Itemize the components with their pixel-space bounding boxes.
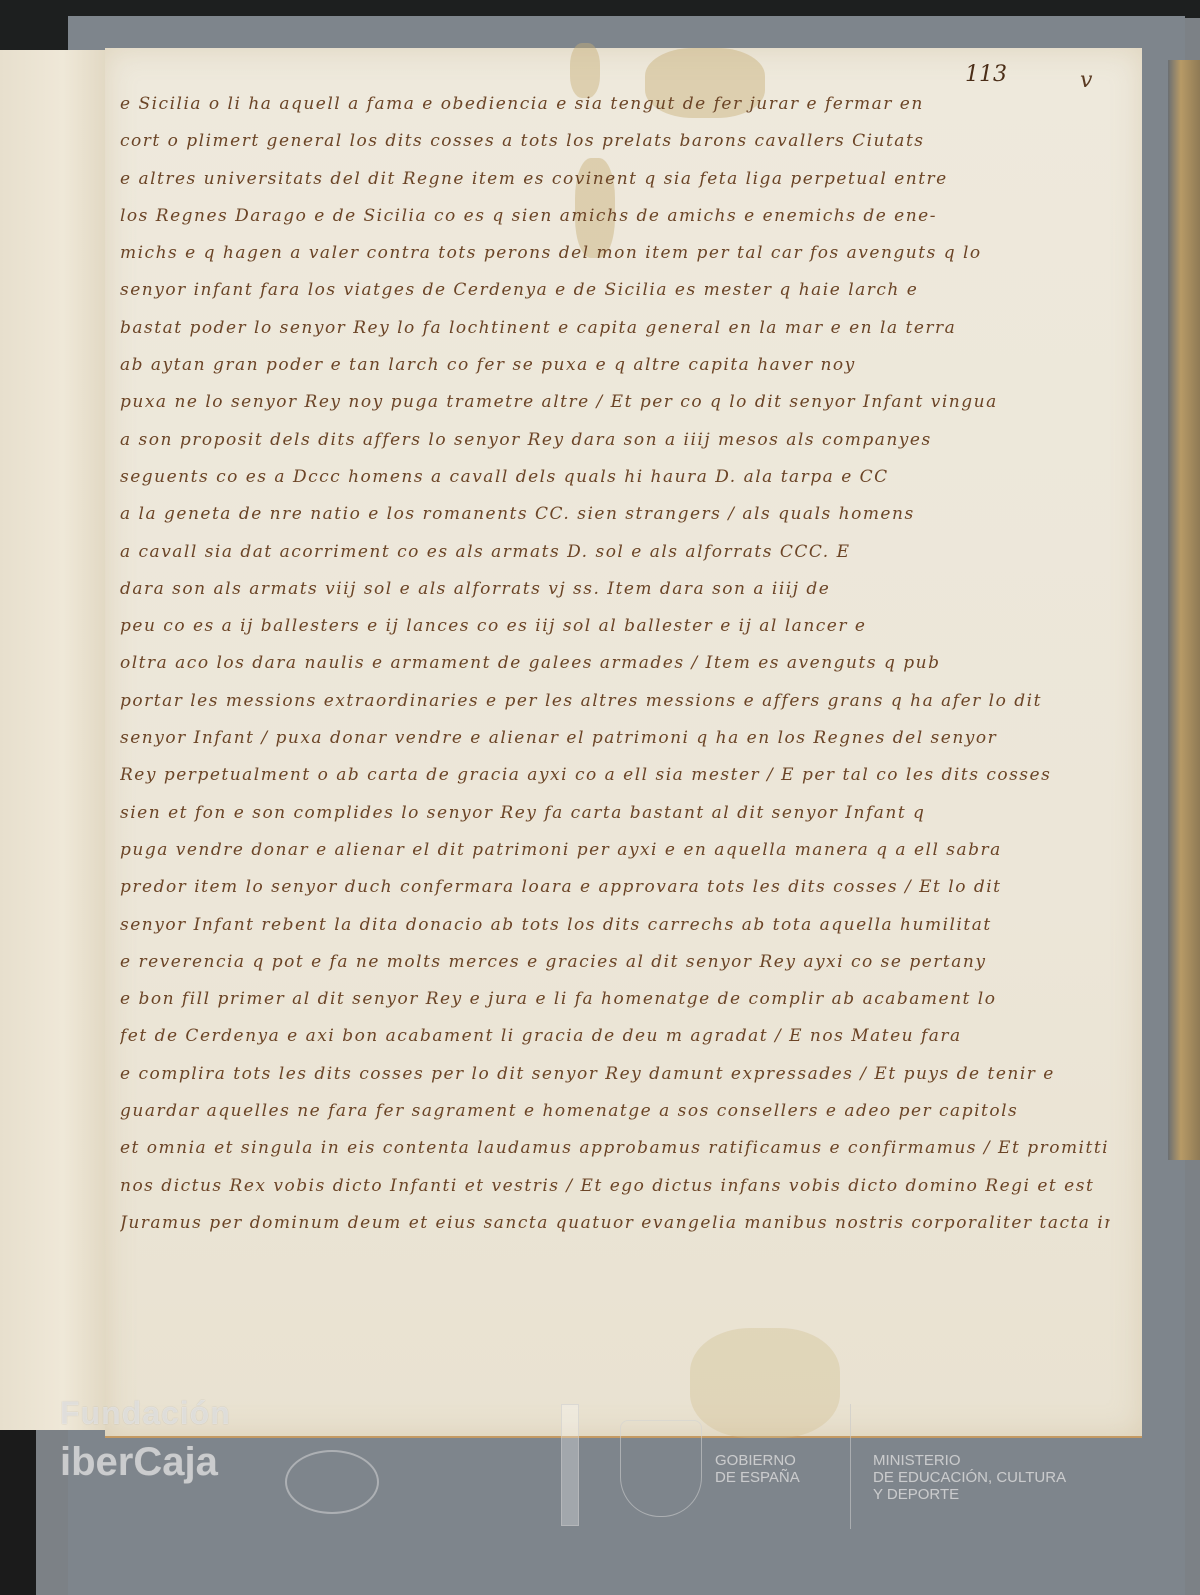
text-line: e reverencia q pot e fa ne molts merces … xyxy=(120,944,1110,981)
fundacion-watermark: Fundación xyxy=(60,1395,231,1432)
text-line: senyor infant fara los viatges de Cerden… xyxy=(120,272,1110,309)
ibercaja-watermark: iberCaja xyxy=(60,1440,218,1485)
text-line: e complira tots les dits cosses per lo d… xyxy=(120,1056,1110,1093)
text-line: e altres universitats del dit Regne item… xyxy=(120,161,1110,198)
text-line: portar les messions extraordinaries e pe… xyxy=(120,683,1110,720)
text-line: puga vendre donar e alienar el dit patri… xyxy=(120,832,1110,869)
text-line: peu co es a ij ballesters e ij lances co… xyxy=(120,608,1110,645)
coat-of-arms-icon xyxy=(620,1420,702,1517)
text-line: seguents co es a Dccc homens a cavall de… xyxy=(120,459,1110,496)
binding-stub xyxy=(0,50,106,1430)
ministerio-line-3: Y DEPORTE xyxy=(873,1486,1066,1503)
gobierno-line-1: GOBIERNO xyxy=(715,1452,800,1469)
text-line: bastat poder lo senyor Rey lo fa lochtin… xyxy=(120,310,1110,347)
text-line: a son proposit dels dits affers lo senyo… xyxy=(120,422,1110,459)
text-line: oltra aco los dara naulis e armament de … xyxy=(120,645,1110,682)
text-line: e bon fill primer al dit senyor Rey e ju… xyxy=(120,981,1110,1018)
watermark-divider xyxy=(850,1404,851,1529)
text-line: los Regnes Darago e de Sicilia co es q s… xyxy=(120,198,1110,235)
text-line: nos dictus Rex vobis dicto Infanti et ve… xyxy=(120,1168,1110,1205)
text-line: puxa ne lo senyor Rey noy puga trametre … xyxy=(120,384,1110,421)
text-line: a la geneta de nre natio e los romanents… xyxy=(120,496,1110,533)
stain xyxy=(690,1328,840,1438)
gobierno-watermark: GOBIERNO DE ESPAÑA xyxy=(715,1452,800,1486)
text-line: senyor Infant / puxa donar vendre e alie… xyxy=(120,720,1110,757)
ministerio-line-1: MINISTERIO xyxy=(873,1452,1066,1469)
gobierno-line-2: DE ESPAÑA xyxy=(715,1469,800,1486)
ibercaja-logo-icon xyxy=(285,1450,379,1514)
ministerio-watermark: MINISTERIO DE EDUCACIÓN, CULTURA Y DEPOR… xyxy=(873,1452,1066,1503)
manuscript-page: 113 v e Sicilia o li ha aquell a fama e … xyxy=(105,48,1142,1438)
text-line: et omnia et singula in eis contenta laud… xyxy=(120,1130,1110,1167)
text-line: sien et fon e son complides lo senyor Re… xyxy=(120,795,1110,832)
text-line: guardar aquelles ne fara fer sagrament e… xyxy=(120,1093,1110,1130)
text-line: Juramus per dominum deum et eius sancta … xyxy=(120,1205,1110,1242)
adjacent-page-edge xyxy=(1168,60,1200,1160)
text-line: e Sicilia o li ha aquell a fama e obedie… xyxy=(120,86,1110,123)
text-line: dara son als armats viij sol e als alfor… xyxy=(120,571,1110,608)
ministerio-line-2: DE EDUCACIÓN, CULTURA xyxy=(873,1469,1066,1486)
text-line: predor item lo senyor duch confermara lo… xyxy=(120,869,1110,906)
text-line: senyor Infant rebent la dita donacio ab … xyxy=(120,907,1110,944)
text-line: michs e q hagen a valer contra tots pero… xyxy=(120,235,1110,272)
text-line: cort o plimert general los dits cosses a… xyxy=(120,123,1110,160)
scan-bottom-shadow xyxy=(0,1430,36,1595)
folio-number: 113 xyxy=(965,62,1007,87)
text-line: Rey perpetualment o ab carta de gracia a… xyxy=(120,757,1110,794)
manuscript-text: e Sicilia o li ha aquell a fama e obedie… xyxy=(120,86,1110,1242)
text-line: a cavall sia dat acorriment co es als ar… xyxy=(120,534,1110,571)
text-line: ab aytan gran poder e tan larch co fer s… xyxy=(120,347,1110,384)
text-line: fet de Cerdenya e axi bon acabament li g… xyxy=(120,1018,1110,1055)
spain-flag-icon xyxy=(561,1404,579,1526)
